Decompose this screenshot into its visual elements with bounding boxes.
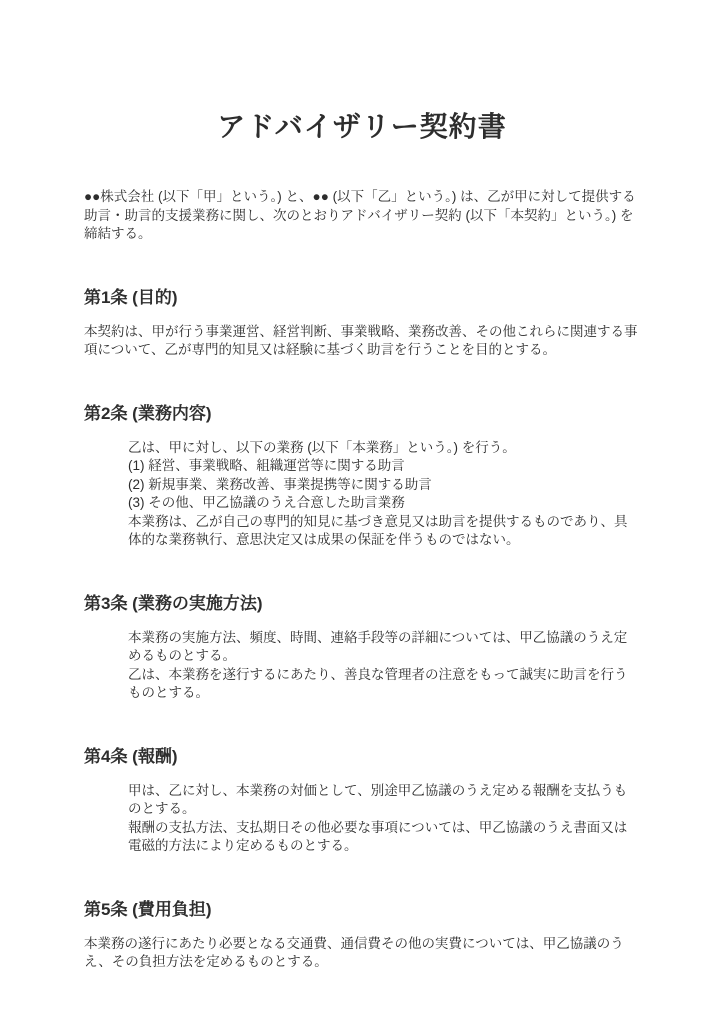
section-paragraph: 本業務の遂行にあたり必要となる交通費、通信費その他の実費については、甲乙協議のう… xyxy=(84,935,640,972)
contract-section: 第5条 (費用負担)本業務の遂行にあたり必要となる交通費、通信費その他の実費につ… xyxy=(84,900,640,972)
section-paragraph: (2) 新規事業、業務改善、事業提携等に関する助言 xyxy=(128,476,640,495)
sections: 第1条 (目的)本契約は、甲が行う事業運営、経営判断、事業戦略、業務改善、その他… xyxy=(84,288,640,972)
section-paragraph: 甲は、乙に対し、本業務の対価として、別途甲乙協議のうえ定める報酬を支払うものとす… xyxy=(128,782,640,819)
intro-paragraph: ●●株式会社 (以下「甲」という。) と、●● (以下「乙」という。) は、乙が… xyxy=(84,188,640,244)
section-heading: 第3条 (業務の実施方法) xyxy=(84,594,640,614)
section-paragraph: (3) その他、甲乙協議のうえ合意した助言業務 xyxy=(128,494,640,513)
section-heading: 第2条 (業務内容) xyxy=(84,404,640,424)
contract-section: 第1条 (目的)本契約は、甲が行う事業運営、経営判断、事業戦略、業務改善、その他… xyxy=(84,288,640,360)
section-paragraph: (1) 経営、事業戦略、組織運営等に関する助言 xyxy=(128,457,640,476)
section-body: 本業務の実施方法、頻度、時間、連絡手段等の詳細については、甲乙協議のうえ定めるも… xyxy=(84,629,640,703)
section-paragraph: 乙は、本業務を遂行するにあたり、善良な管理者の注意をもって誠実に助言を行うものと… xyxy=(128,666,640,703)
section-heading: 第5条 (費用負担) xyxy=(84,900,640,920)
section-body: 乙は、甲に対し、以下の業務 (以下「本業務」という。) を行う。(1) 経営、事… xyxy=(84,439,640,550)
section-body: 甲は、乙に対し、本業務の対価として、別途甲乙協議のうえ定める報酬を支払うものとす… xyxy=(84,782,640,856)
contract-section: 第4条 (報酬)甲は、乙に対し、本業務の対価として、別途甲乙協議のうえ定める報酬… xyxy=(84,747,640,856)
section-heading: 第4条 (報酬) xyxy=(84,747,640,767)
contract-section: 第3条 (業務の実施方法)本業務の実施方法、頻度、時間、連絡手段等の詳細について… xyxy=(84,594,640,703)
section-paragraph: 本業務は、乙が自己の専門的知見に基づき意見又は助言を提供するものであり、具体的な… xyxy=(128,513,640,550)
contract-section: 第2条 (業務内容)乙は、甲に対し、以下の業務 (以下「本業務」という。) を行… xyxy=(84,404,640,550)
section-paragraph: 乙は、甲に対し、以下の業務 (以下「本業務」という。) を行う。 xyxy=(128,439,640,458)
section-body: 本業務の遂行にあたり必要となる交通費、通信費その他の実費については、甲乙協議のう… xyxy=(84,935,640,972)
section-paragraph: 本業務の実施方法、頻度、時間、連絡手段等の詳細については、甲乙協議のうえ定めるも… xyxy=(128,629,640,666)
section-heading: 第1条 (目的) xyxy=(84,288,640,308)
section-body: 本契約は、甲が行う事業運営、経営判断、事業戦略、業務改善、その他これらに関連する… xyxy=(84,323,640,360)
section-paragraph: 本契約は、甲が行う事業運営、経営判断、事業戦略、業務改善、その他これらに関連する… xyxy=(84,323,640,360)
contract-document-page: アドバイザリー契約書 ●●株式会社 (以下「甲」という。) と、●● (以下「乙… xyxy=(0,0,724,1024)
section-paragraph: 報酬の支払方法、支払期日その他必要な事項については、甲乙協議のうえ書面又は電磁的… xyxy=(128,819,640,856)
document-title: アドバイザリー契約書 xyxy=(84,110,640,144)
